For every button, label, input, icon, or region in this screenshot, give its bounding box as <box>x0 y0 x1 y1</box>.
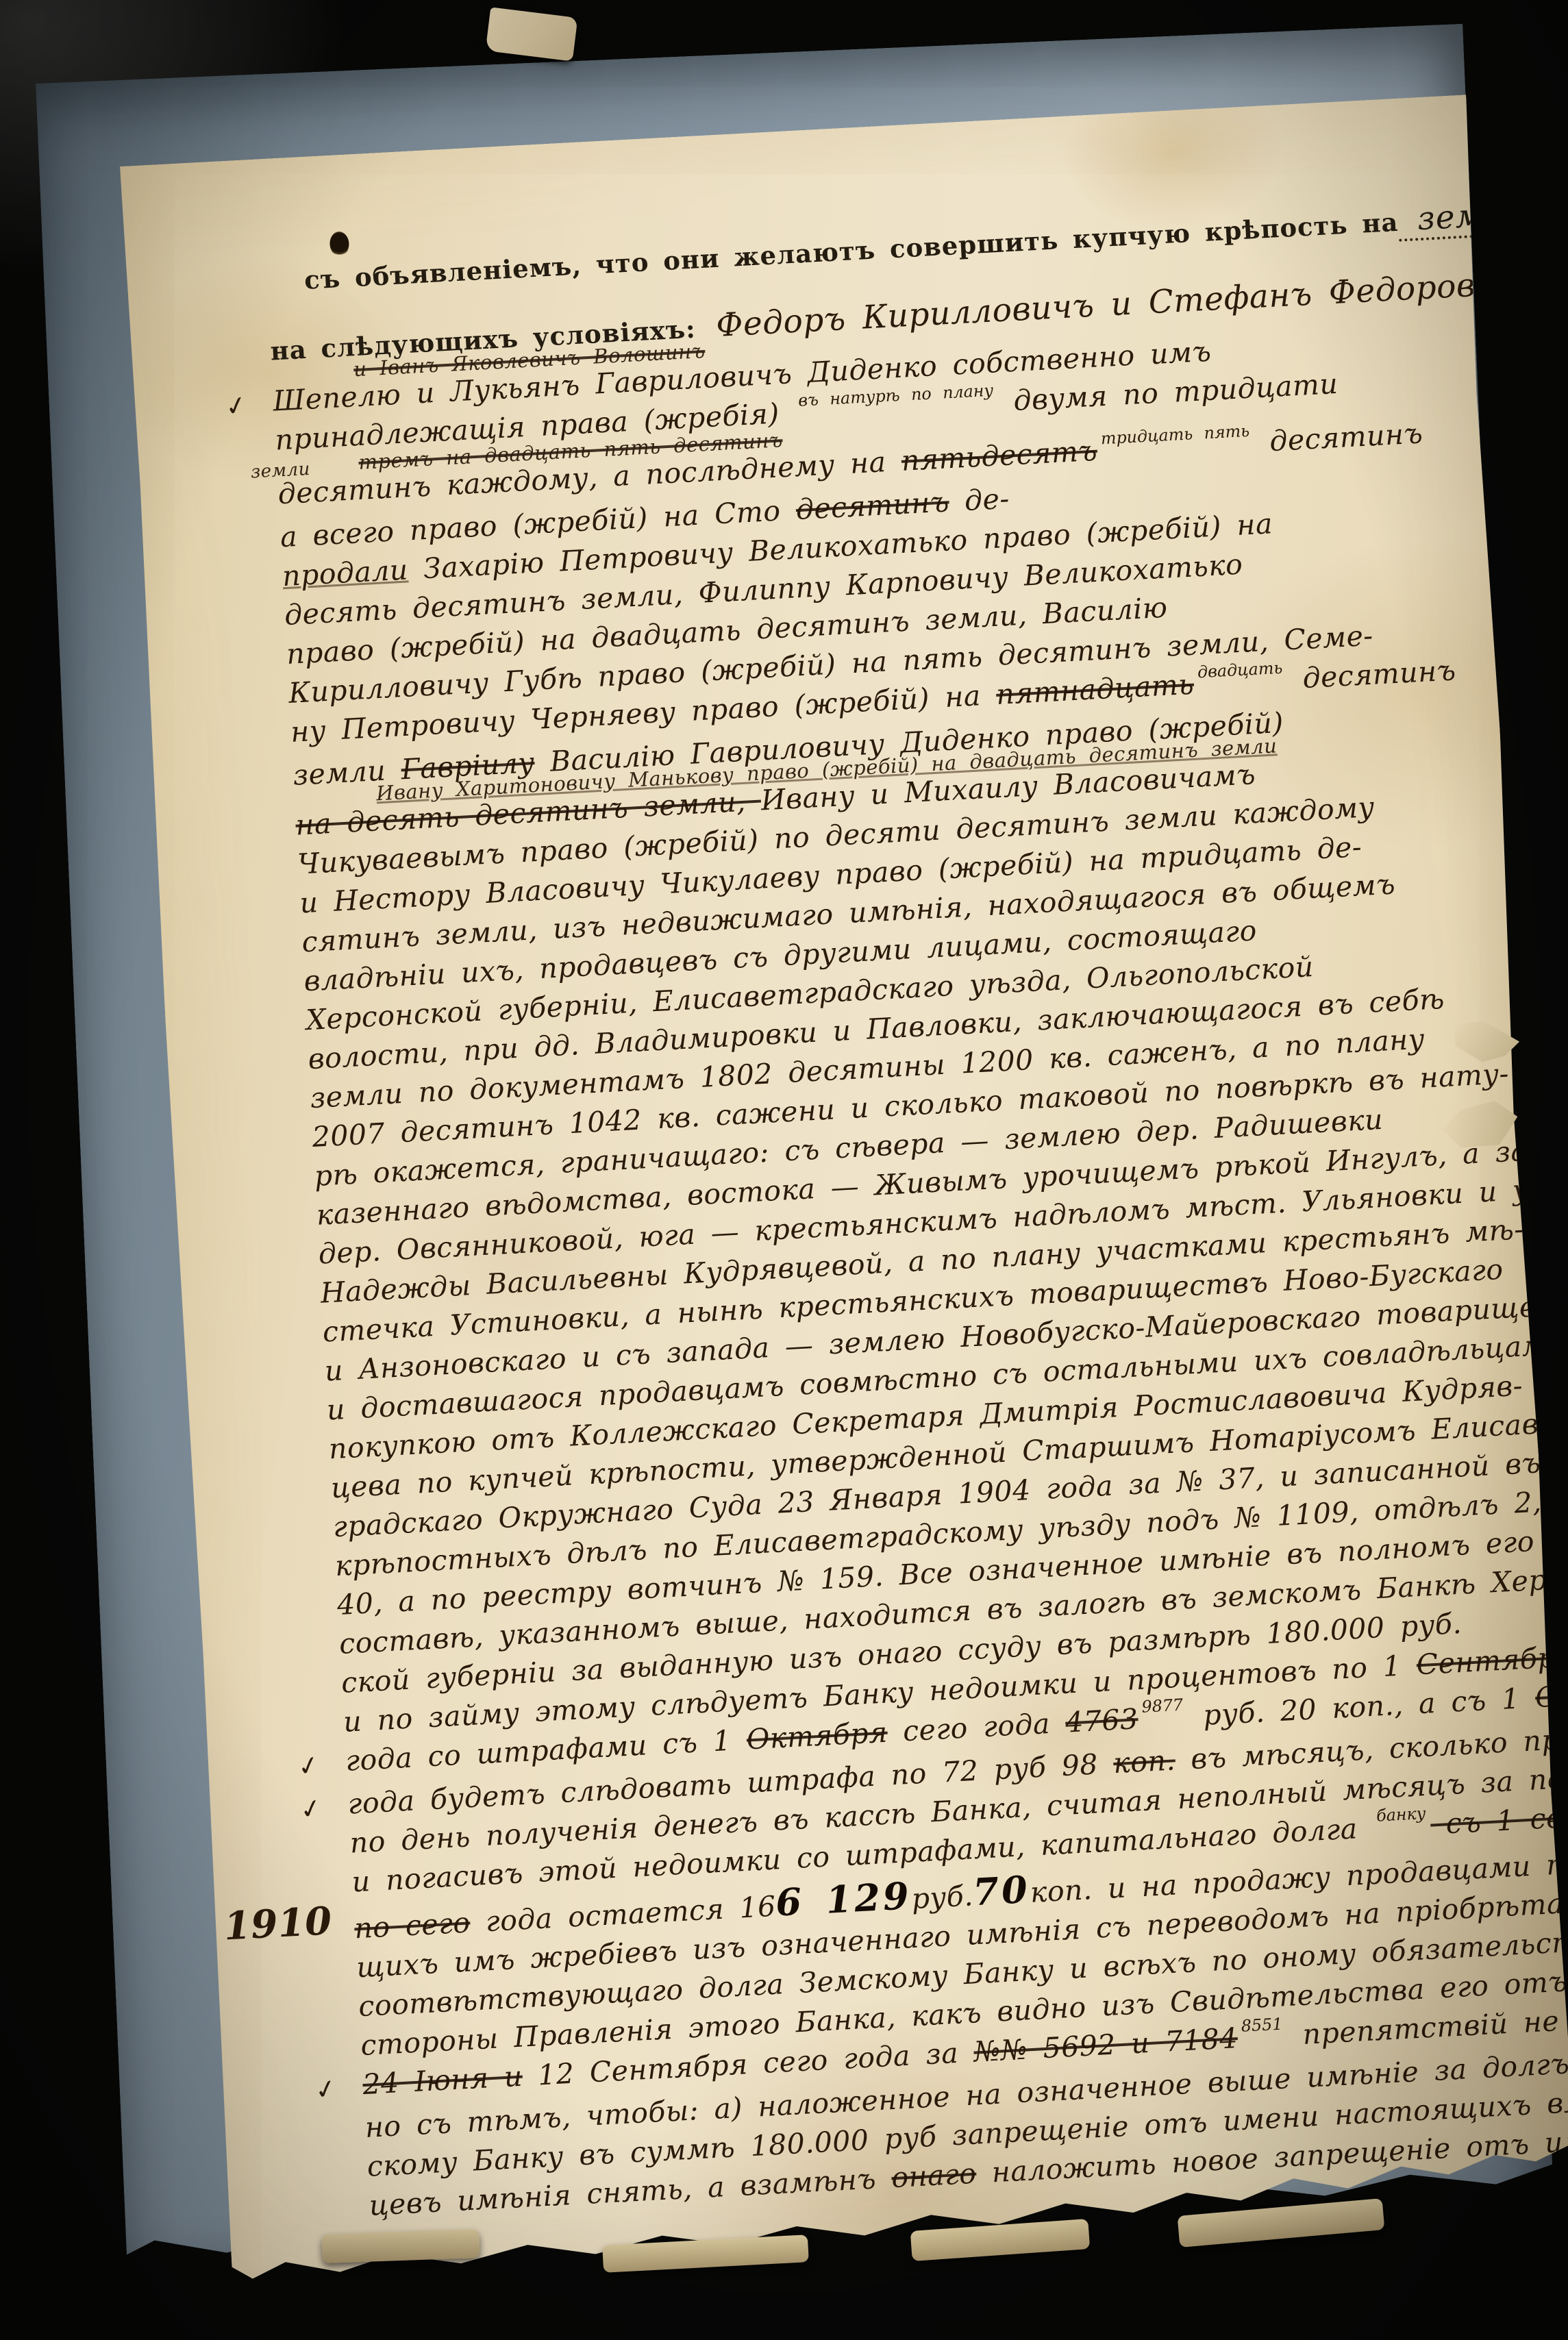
photographed-archive-page: съ объявленіемъ, что они желаютъ соверши… <box>0 0 1568 2340</box>
document-page: съ объявленіемъ, что они желаютъ соверши… <box>120 95 1568 2290</box>
fill-in-underline: землю <box>1397 193 1550 242</box>
handwriting-segment: десятинъ <box>795 485 950 526</box>
torn-edge-fragment <box>910 2219 1090 2261</box>
handwriting-segment: 9877 <box>1141 1695 1184 1717</box>
paper-scrap-top <box>486 7 578 61</box>
handwriting-segment: съ 1 сего <box>1430 1800 1568 1841</box>
handwriting-segment: двадцать <box>1197 658 1283 682</box>
margin-check-icon: ✓ <box>221 385 251 428</box>
margin-annotation: 1910 <box>223 1902 333 1946</box>
handwriting-segment: пятьдесятъ <box>901 434 1098 477</box>
handwriting-segment: 4763 <box>1065 1702 1139 1739</box>
handwriting-segment: пятнадцать <box>995 668 1195 711</box>
handwritten-fill-word: землю <box>1407 193 1550 242</box>
handwriting-block: и Іванъ Яковлевичъ Волошинъ✓Шепелю и Лук… <box>271 301 1528 2226</box>
handwriting-segment: Октября <box>746 1716 888 1756</box>
torn-edge-fragment <box>1178 2198 1385 2248</box>
margin-check-icon: ✓ <box>311 2068 341 2111</box>
margin-check-icon: ✓ <box>294 1745 324 1788</box>
handwriting-segment: руб. <box>910 1879 974 1915</box>
handwriting-segment: Октября <box>1534 1673 1568 1714</box>
handwriting-segment: десятинъ <box>1286 654 1457 695</box>
handwriting-segment: 24 Іюня и <box>362 2060 523 2101</box>
handwriting-segment: 6 129 <box>775 1874 913 1924</box>
handwriting-segment: по сего <box>353 1906 471 1945</box>
handwriting-segment: банку <box>1376 1804 1426 1826</box>
dotted-rule <box>1548 204 1568 219</box>
handwriting-segment: сего года <box>886 1706 1066 1749</box>
handwriting-segment: 8551 <box>1241 2015 1283 2036</box>
handwriting-segment: продали <box>282 553 409 593</box>
handwriting-segment: десятинъ <box>1254 416 1424 458</box>
handwriting-segment: коп. <box>1112 1743 1176 1780</box>
handwriting-segment: онаго <box>891 2157 977 2195</box>
handwriting-segment: де- <box>948 482 1010 519</box>
torn-edge-fragment <box>321 2229 480 2263</box>
handwriting-segment: 70 <box>972 1867 1032 1914</box>
punch-hole <box>329 231 350 256</box>
margin-check-icon: ✓ <box>296 1788 326 1831</box>
